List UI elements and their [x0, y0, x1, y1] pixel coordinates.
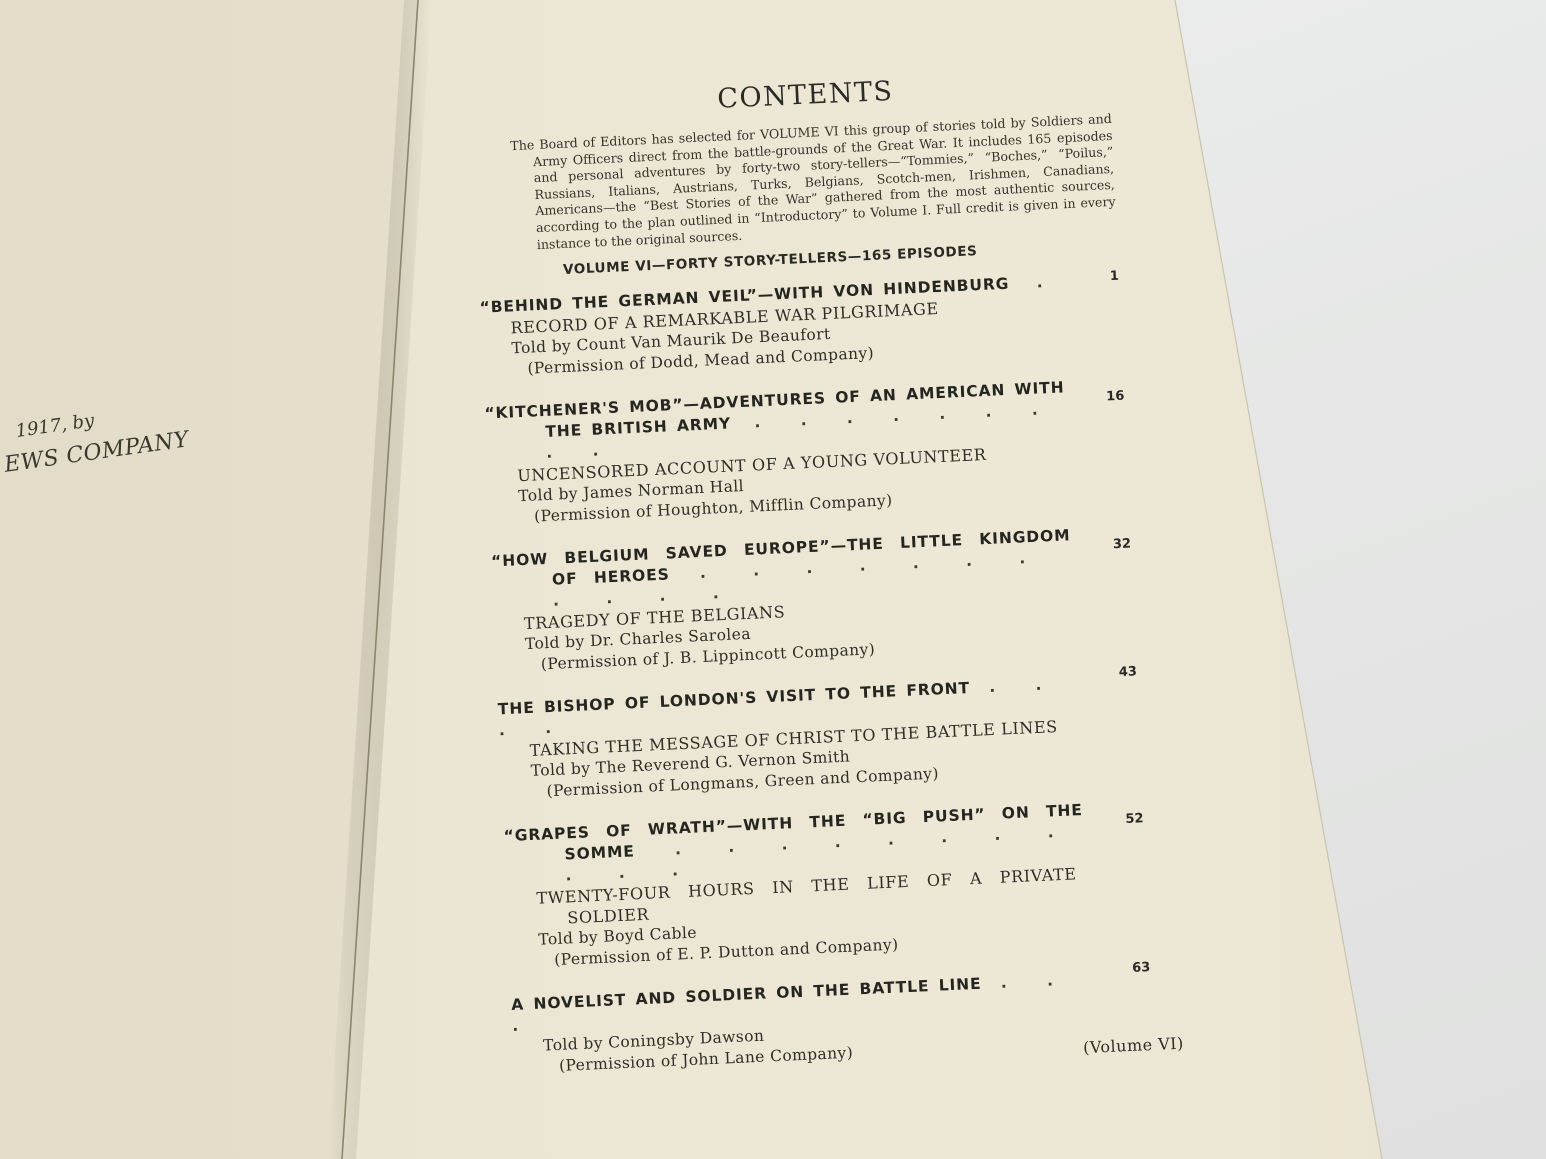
toc-entry: “GRAPES OF WRATH”—WITH THE “BIG PUSH” ON… — [503, 797, 1149, 973]
intro-paragraph: The Board of Editors has selected for VO… — [510, 111, 1117, 254]
page-number: 63 — [1132, 960, 1151, 976]
page-number: 16 — [1106, 389, 1125, 405]
page-number: 52 — [1125, 811, 1144, 827]
page-number: 1 — [1110, 269, 1120, 284]
leader-dots: . — [1036, 273, 1059, 292]
contents-page: CONTENTS The Board of Editors has select… — [470, 63, 1214, 1079]
toc-entry: “KITCHENER'S MOB”—ADVENTURES OF AN AMERI… — [484, 375, 1129, 530]
page-number: 43 — [1118, 665, 1137, 681]
toc-entry: THE BISHOP OF LONDON'S VISIT TO THE FRON… — [497, 671, 1141, 805]
toc-entry: “BEHIND THE GERMAN VEIL”—WITH VON HINDEN… — [479, 269, 1122, 382]
toc-entry: “HOW BELGIUM SAVED EUROPE”—THE LITTLE KI… — [491, 523, 1136, 678]
page-number: 32 — [1113, 537, 1132, 553]
